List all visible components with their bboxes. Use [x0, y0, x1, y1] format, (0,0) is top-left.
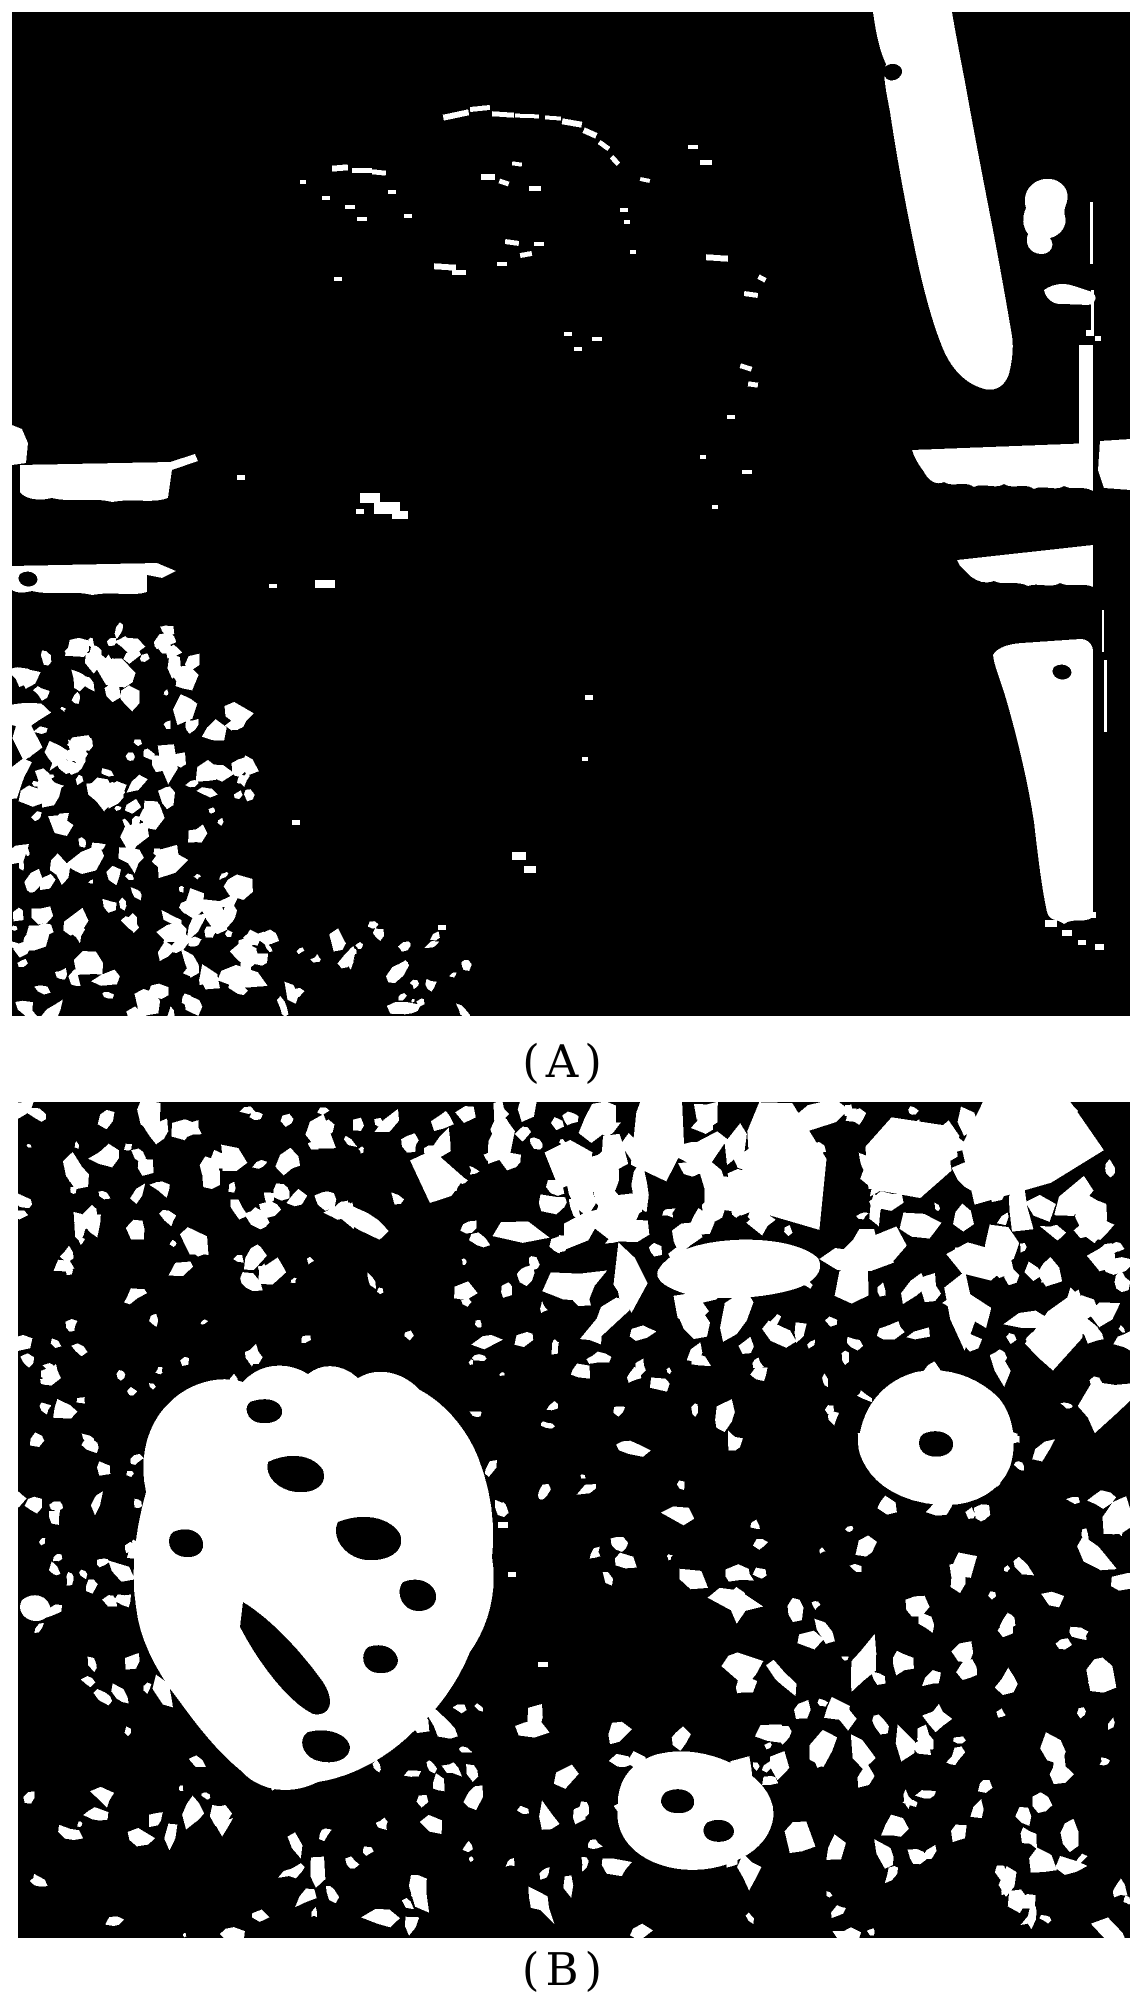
panel-a-image [12, 12, 1130, 1016]
figure-page: (A) (B) [0, 0, 1130, 2007]
panel-a-caption: (A) [0, 1038, 1130, 1086]
panel-b-image [18, 1102, 1130, 1938]
panel-b-caption: (B) [0, 1946, 1130, 1994]
